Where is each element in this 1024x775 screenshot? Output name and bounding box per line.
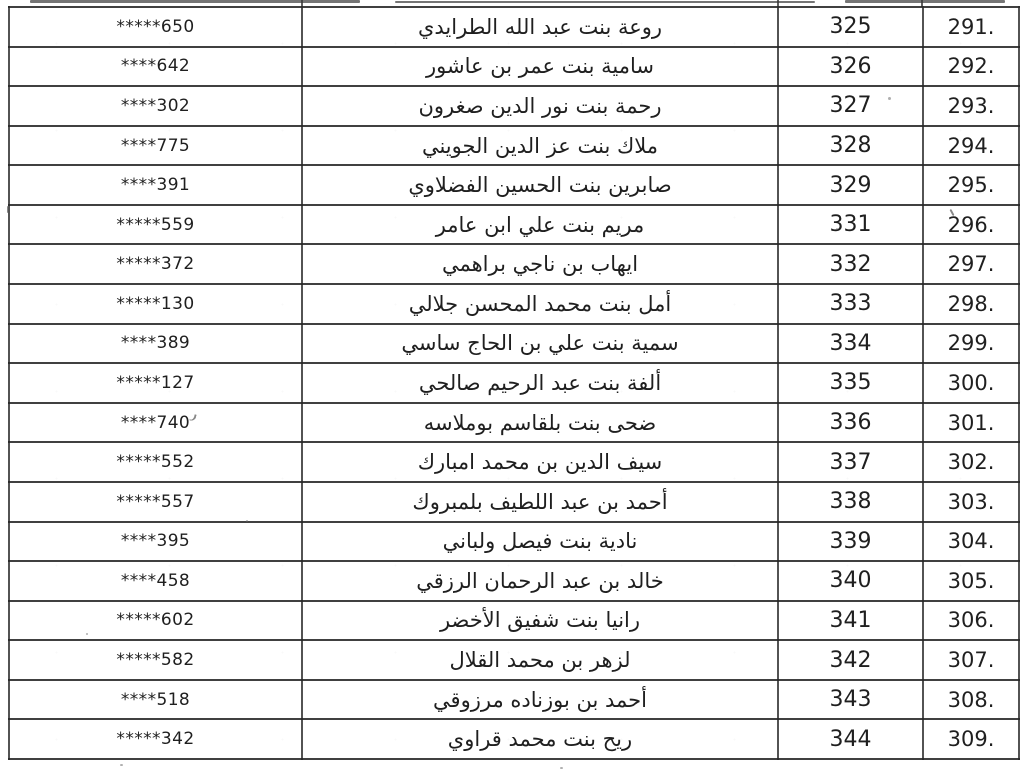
serial-number-cell: 333 (778, 284, 923, 324)
serial-number-cell: 341 (778, 601, 923, 641)
scanned-page: *****650روعة بنت عبد الله الطرايدي325291… (0, 0, 1024, 775)
scan-speck-3 (120, 764, 123, 766)
serial-number-cell: 339 (778, 522, 923, 562)
row-index-cell: 305. (923, 561, 1019, 601)
row-index-cell: 304. (923, 522, 1019, 562)
masked-id-cell: ****395 (9, 522, 302, 562)
masked-id-cell: *****559 (9, 205, 302, 245)
table-row: ****389سمية بنت علي بن الحاج ساسي334299. (9, 324, 1019, 364)
table-row: *****602رانيا بنت شفيق الأخضر341306. (9, 601, 1019, 641)
name-cell: ضحى بنت بلقاسم بوملاسه (302, 403, 778, 443)
scan-smudge-top-right (845, 0, 1005, 3)
masked-id-cell: ****458 (9, 561, 302, 601)
table-row: *****557أحمد بن عبد اللطيف بلمبروك338303… (9, 482, 1019, 522)
name-cell: رانيا بنت شفيق الأخضر (302, 601, 778, 641)
scan-smudge-top-middle (395, 1, 815, 3)
row-index-cell: 300. (923, 363, 1019, 403)
name-cell: خالد بن عبد الرحمان الرزقي (302, 561, 778, 601)
records-table-body: *****650روعة بنت عبد الله الطرايدي325291… (9, 7, 1019, 759)
masked-id-cell: *****127 (9, 363, 302, 403)
serial-number-cell: 331 (778, 205, 923, 245)
scan-speck-2 (836, 228, 838, 230)
name-cell: ايهاب بن ناجي براهمي (302, 244, 778, 284)
serial-number-cell: 344 (778, 719, 923, 759)
table-row: *****342ريح بنت محمد قراوي344309. (9, 719, 1019, 759)
scan-speck-1 (888, 97, 891, 100)
row-index-cell: 303. (923, 482, 1019, 522)
name-cell: ألفة بنت عبد الرحيم صالحي (302, 363, 778, 403)
serial-number-cell: 336 (778, 403, 923, 443)
table-row: ****642سامية بنت عمر بن عاشور326292. (9, 47, 1019, 87)
name-cell: سيف الدين بن محمد امبارك (302, 442, 778, 482)
table-row: *****127ألفة بنت عبد الرحيم صالحي335300. (9, 363, 1019, 403)
table-row: *****559مريم بنت علي ابن عامر331296. (9, 205, 1019, 245)
row-index-cell: 298. (923, 284, 1019, 324)
masked-id-cell: *****557 (9, 482, 302, 522)
name-cell: سمية بنت علي بن الحاج ساسي (302, 324, 778, 364)
name-cell: ملاك بنت عز الدين الجويني (302, 126, 778, 166)
row-index-cell: 294. (923, 126, 1019, 166)
table-row: *****130أمل بنت محمد المحسن جلالي333298. (9, 284, 1019, 324)
table-row: *****650روعة بنت عبد الله الطرايدي325291… (9, 7, 1019, 47)
row-index-cell: 293. (923, 86, 1019, 126)
masked-id-cell: ****642 (9, 47, 302, 87)
masked-id-cell: ****302 (9, 86, 302, 126)
table-row: *****582لزهر بن محمد القلال342307. (9, 640, 1019, 680)
name-cell: لزهر بن محمد القلال (302, 640, 778, 680)
row-index-cell: 299. (923, 324, 1019, 364)
masked-id-cell: *****342 (9, 719, 302, 759)
row-index-cell: 306. (923, 601, 1019, 641)
serial-number-cell: 329 (778, 165, 923, 205)
table-row: ****391صابرين بنت الحسين الفضلاوي329295. (9, 165, 1019, 205)
masked-id-cell: ****389 (9, 324, 302, 364)
serial-number-cell: 326 (778, 47, 923, 87)
serial-number-cell: 343 (778, 680, 923, 720)
scan-speck-6 (246, 520, 248, 522)
name-cell: سامية بنت عمر بن عاشور (302, 47, 778, 87)
serial-number-cell: 327 (778, 86, 923, 126)
table-row: *****552سيف الدين بن محمد امبارك337302. (9, 442, 1019, 482)
name-cell: ريح بنت محمد قراوي (302, 719, 778, 759)
table-row: *****372ايهاب بن ناجي براهمي332297. (9, 244, 1019, 284)
serial-number-cell: 334 (778, 324, 923, 364)
scan-speck-5 (86, 633, 88, 635)
table-row: ****775ملاك بنت عز الدين الجويني328294. (9, 126, 1019, 166)
table-row: ****458خالد بن عبد الرحمان الرزقي340305. (9, 561, 1019, 601)
table-row: ****302رحمة بنت نور الدين صغرون327293. (9, 86, 1019, 126)
serial-number-cell: 338 (778, 482, 923, 522)
serial-number-cell: 332 (778, 244, 923, 284)
row-index-cell: 301. (923, 403, 1019, 443)
row-index-cell: 307. (923, 640, 1019, 680)
scan-tick-left-margin (7, 206, 9, 213)
row-index-cell: 296. (923, 205, 1019, 245)
name-cell: صابرين بنت الحسين الفضلاوي (302, 165, 778, 205)
row-index-cell: 302. (923, 442, 1019, 482)
masked-id-cell: ****518 (9, 680, 302, 720)
masked-id-cell: *****582 (9, 640, 302, 680)
table-row: ****395نادية بنت فيصل ولباني339304. (9, 522, 1019, 562)
name-cell: رحمة بنت نور الدين صغرون (302, 86, 778, 126)
name-cell: أحمد بن عبد اللطيف بلمبروك (302, 482, 778, 522)
name-cell: نادية بنت فيصل ولباني (302, 522, 778, 562)
row-index-cell: 297. (923, 244, 1019, 284)
row-index-cell: 291. (923, 7, 1019, 47)
serial-number-cell: 337 (778, 442, 923, 482)
serial-number-cell: 325 (778, 7, 923, 47)
row-index-cell: 308. (923, 680, 1019, 720)
name-cell: روعة بنت عبد الله الطرايدي (302, 7, 778, 47)
masked-id-cell: *****372 (9, 244, 302, 284)
masked-id-cell: *****650 (9, 7, 302, 47)
table-row: ****518أحمد بن بوزناده مرزوقي343308. (9, 680, 1019, 720)
serial-number-cell: 335 (778, 363, 923, 403)
masked-id-cell: ****775 (9, 126, 302, 166)
row-index-cell: 309. (923, 719, 1019, 759)
serial-number-cell: 340 (778, 561, 923, 601)
masked-id-cell: *****130 (9, 284, 302, 324)
scan-smudge-top-left (30, 0, 360, 3)
table-row: ****740ضحى بنت بلقاسم بوملاسه336301. (9, 403, 1019, 443)
masked-id-cell: ****391 (9, 165, 302, 205)
masked-id-cell: *****602 (9, 601, 302, 641)
name-cell: أحمد بن بوزناده مرزوقي (302, 680, 778, 720)
masked-id-cell: *****552 (9, 442, 302, 482)
row-index-cell: 292. (923, 47, 1019, 87)
name-cell: أمل بنت محمد المحسن جلالي (302, 284, 778, 324)
row-index-cell: 295. (923, 165, 1019, 205)
masked-id-cell: ****740 (9, 403, 302, 443)
serial-number-cell: 342 (778, 640, 923, 680)
scan-speck-4 (560, 767, 563, 769)
records-table: *****650روعة بنت عبد الله الطرايدي325291… (8, 6, 1020, 760)
serial-number-cell: 328 (778, 126, 923, 166)
name-cell: مريم بنت علي ابن عامر (302, 205, 778, 245)
